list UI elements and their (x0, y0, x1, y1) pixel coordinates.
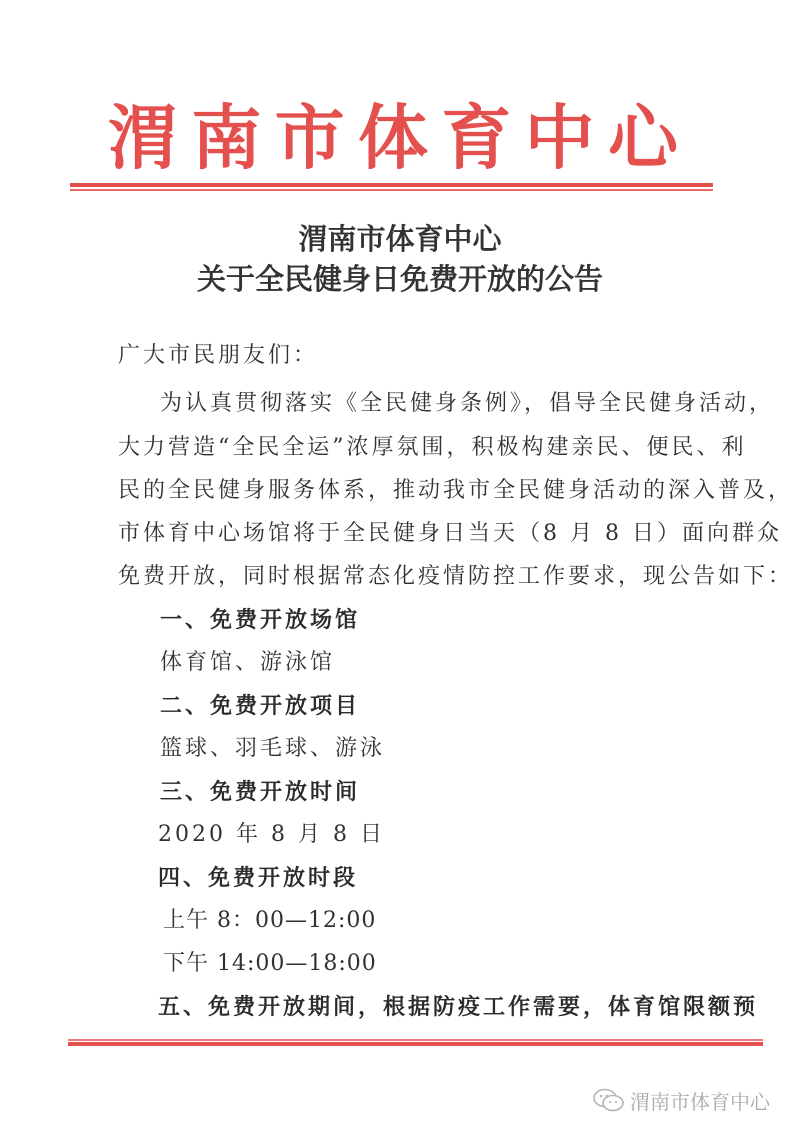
footer-divider (68, 1039, 463, 1046)
letterhead-org-name: 渭 南 市 体 育 中 心 (108, 96, 678, 180)
section-heading-date: 三、免费开放时间 (160, 781, 360, 803)
intro-line: 大力营造“全民全运”浓厚氛围，积极构建亲民、便民、利 (118, 437, 747, 459)
section-heading-activities: 二、免费开放项目 (160, 695, 360, 717)
letterhead-char: 渭 (108, 103, 178, 173)
section-content-afternoon-hours: 下午 14:00—18:00 (163, 953, 377, 975)
document-title-line1: 渭南市体育中心 (0, 225, 800, 254)
letterhead-char: 体 (358, 103, 428, 173)
section-heading-hours: 四、免费开放时段 (158, 867, 358, 889)
section-content-date: 2020 年 8 月 8 日 (158, 824, 385, 846)
section-heading-restrictions: 五、免费开放期间，根据防疫工作需要，体育馆限额预 (158, 996, 758, 1018)
section-content-morning-hours: 上午 8：00—12:00 (163, 910, 376, 932)
intro-line: 为认真贯彻落实《全民健身条例》，倡导全民健身活动， (160, 393, 774, 415)
footer-divider-right (463, 1039, 763, 1046)
watermark-text: 渭南市体育中心 (630, 1086, 770, 1115)
wechat-watermark: 渭南市体育中心 (592, 1086, 770, 1115)
letterhead-divider (70, 183, 713, 191)
salutation: 广大市民朋友们： (118, 345, 318, 367)
section-content-venues: 体育馆、游泳馆 (160, 652, 335, 674)
intro-line: 民的全民健身服务体系，推动我市全民健身活动的深入普及， (118, 480, 793, 502)
letterhead-char: 育 (441, 103, 511, 173)
section-content-activities: 篮球、羽毛球、游泳 (160, 738, 385, 760)
letterhead-char: 市 (275, 103, 345, 173)
letterhead-char: 中 (525, 103, 595, 173)
section-heading-venues: 一、免费开放场馆 (160, 609, 360, 631)
intro-line: 市体育中心场馆将于全民健身日当天（8 月 8 日）面向群众 (118, 523, 782, 545)
letterhead-char: 心 (608, 103, 678, 173)
intro-line: 免费开放，同时根据常态化疫情防控工作要求，现公告如下： (118, 566, 793, 588)
document-title-line2: 关于全民健身日免费开放的公告 (0, 265, 800, 294)
wechat-icon (592, 1088, 626, 1114)
letterhead-char: 南 (191, 103, 261, 173)
